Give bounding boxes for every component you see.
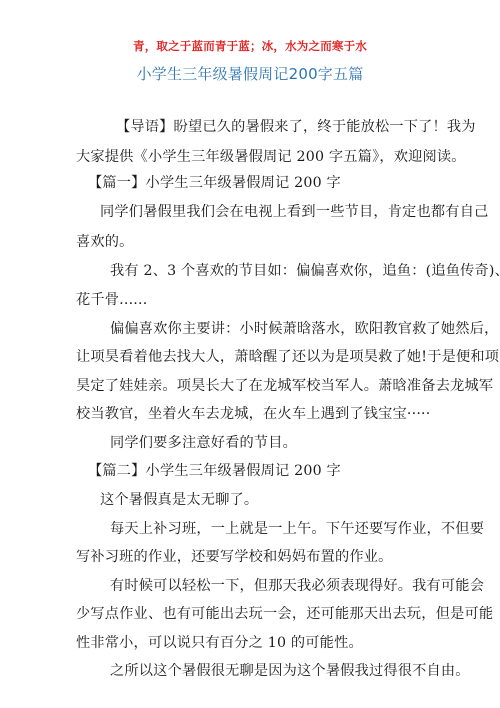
paragraph-line: 有时候可以轻松一下，但那天我必须表现得好。我有可能会 [110,577,484,595]
section-heading-2: 【篇二】小学生三年级暑假周记 200 字 [88,462,341,480]
paragraph-line: 少写点作业、也有可能出去玩一会，还可能那天出去玩，但是可能 [76,605,493,623]
paragraph-line: 之所以这个暑假很无聊是因为这个暑假我过得很不自由。 [110,662,470,680]
paragraph-line: 这个暑假真是太无聊了。 [100,491,258,509]
paragraph-line: 我有 2、3 个喜欢的节目如：偏偏喜欢你，追鱼：(追鱼传奇)、 [110,262,500,280]
paragraph-line: 让项昊看着他去找大人，萧晗醒了还以为是项昊救了她!于是便和项 [76,348,499,366]
paragraph-line: 每天上补习班，一上就是一上午。下午还要写作业，不但要 [110,520,484,538]
paragraph-line: 写补习班的作业，还要写学校和妈妈布置的作业。 [76,548,393,566]
section-heading-1: 【篇一】小学生三年级暑假周记 200 字 [88,174,341,192]
intro-line-1: 【导语】盼望已久的暑假来了，终于能放松一下了！我为 [116,118,476,136]
paragraph-line: 校当教官，坐着火车去龙城，在火车上遇到了钱宝宝····· [76,405,430,423]
header-quote: 青，取之于蓝而青于蓝；冰，水为之而寒于水 [0,37,500,55]
paragraph-line: 喜欢的。 [76,233,134,251]
page-title: 小学生三年级暑假周记200字五篇 [0,65,500,83]
paragraph-line: 偏偏喜欢你主要讲：小时候萧晗落水，欧阳教官救了她然后， [110,320,498,338]
paragraph-line: 同学们暑假里我们会在电视上看到一些节目，肯定也都有自己 [100,203,488,221]
intro-line-2: 大家提供《小学生三年级暑假周记 200 字五篇》，欢迎阅读。 [76,148,466,166]
paragraph-line: 昊定了娃娃亲。项昊长大了在龙城军校当军人。萧晗准备去龙城军 [76,377,493,395]
paragraph-line: 性非常小，可以说只有百分之 10 的可能性。 [76,634,363,652]
paragraph-line: 花千骨...... [76,291,147,309]
paragraph-line: 同学们要多注意好看的节目。 [110,434,297,452]
